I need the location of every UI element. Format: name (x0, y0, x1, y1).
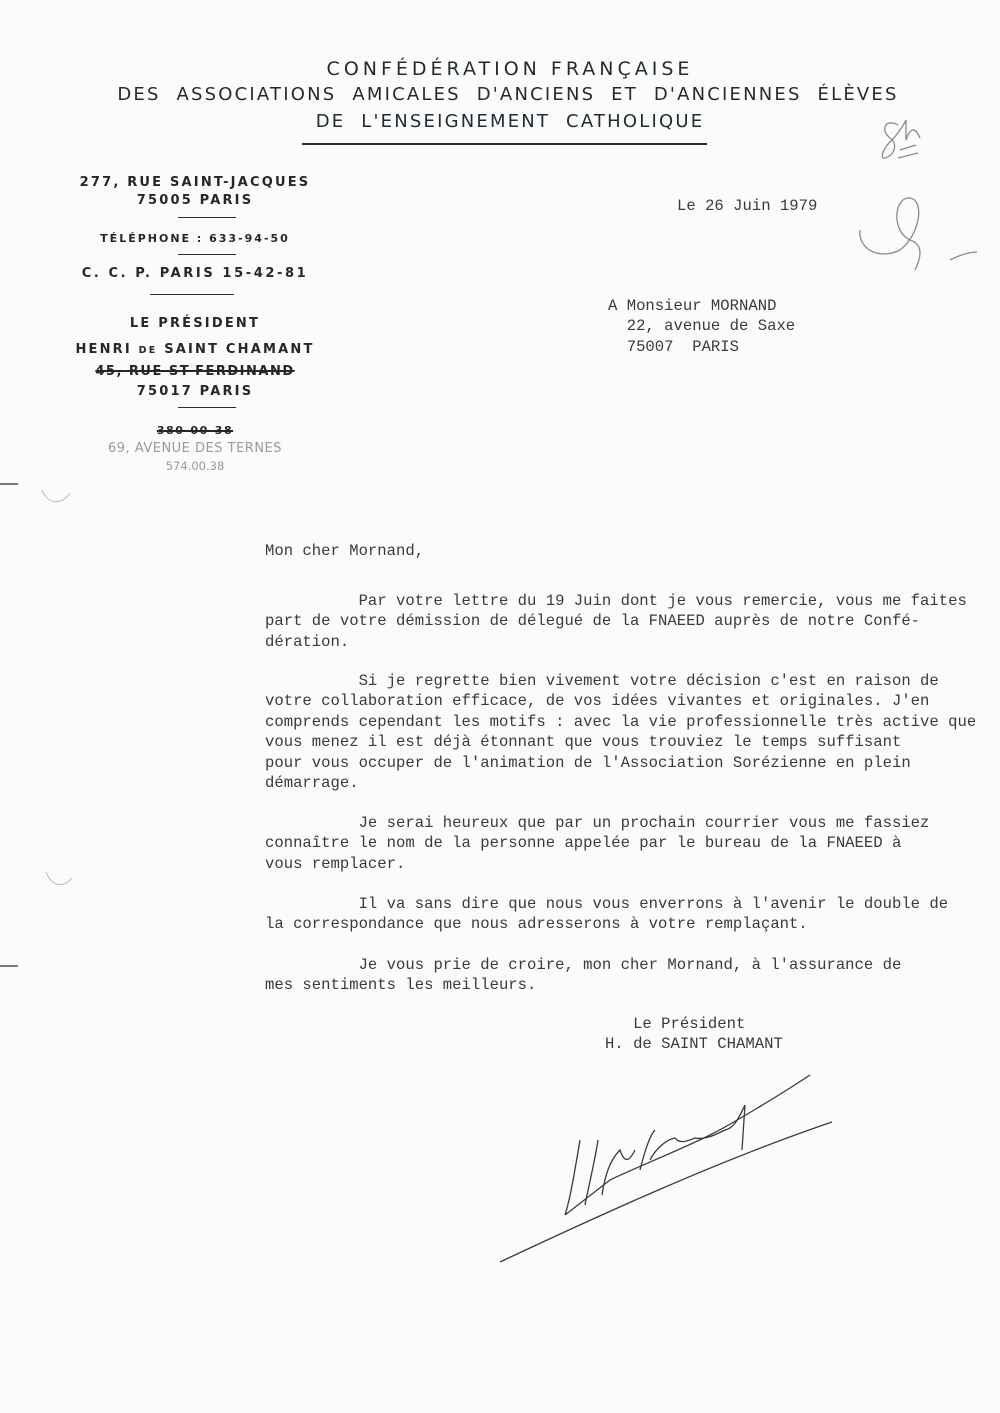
president-first-name: HENRI (75, 342, 132, 357)
letter-date: Le 26 Juin 1979 (677, 196, 817, 216)
handwritten-initials-icon (840, 100, 1000, 280)
president-last-name: SAINT CHAMANT (164, 342, 314, 357)
body-paragraph-4: Il va sans dire que nous vous enverrons … (265, 894, 948, 935)
recipient-line-1: A Monsieur MORNAND (608, 296, 795, 316)
president-name-particle: DE (139, 345, 158, 356)
divider (178, 407, 236, 408)
body-paragraph-5: Je vous prie de croire, mon cher Mornand… (265, 955, 901, 996)
body-paragraph-1: Par votre lettre du 19 Juin dont je vous… (265, 591, 967, 652)
letterhead-rule (302, 143, 707, 145)
letter-page: CONFÉDÉRATION FRANÇAISE DES ASSOCIATIONS… (0, 0, 1000, 1413)
struck-old-phone: 380-00-38 (60, 424, 330, 437)
stamp-phone: 574.00.38 (60, 459, 330, 473)
sender-ccp: C. C. P. PARIS 15-42-81 (60, 266, 330, 281)
president-title: LE PRÉSIDENT (60, 316, 330, 331)
sender-address-line-2: 75005 PARIS (60, 193, 330, 208)
divider (178, 254, 236, 255)
divider (178, 217, 236, 218)
president-name: HENRI DE SAINT CHAMANT (60, 342, 330, 357)
sender-address-line-1: 277, RUE SAINT-JACQUES (60, 175, 330, 190)
stamp-address: 69, AVENUE DES TERNES (60, 441, 330, 456)
letterhead-line-1: CONFÉDÉRATION FRANÇAISE (10, 58, 1000, 80)
recipient-block: A Monsieur MORNAND 22, avenue de Saxe 75… (608, 296, 795, 357)
president-city: 75017 PARIS (60, 384, 330, 399)
struck-old-street: 45, RUE ST-FERDINAND (60, 364, 330, 379)
body-paragraph-3: Je serai heureux que par un prochain cou… (265, 813, 929, 874)
greeting: Mon cher Mornand, (265, 541, 424, 561)
sender-telephone: TÉLÉPHONE : 633-94-50 (60, 232, 330, 245)
margin-marks (0, 0, 80, 1000)
divider (150, 294, 234, 295)
recipient-line-3: 75007 PARIS (608, 337, 795, 357)
body-paragraph-2: Si je regrette bien vivement votre décis… (265, 671, 976, 793)
signature-icon (480, 1000, 840, 1280)
recipient-line-2: 22, avenue de Saxe (608, 316, 795, 336)
